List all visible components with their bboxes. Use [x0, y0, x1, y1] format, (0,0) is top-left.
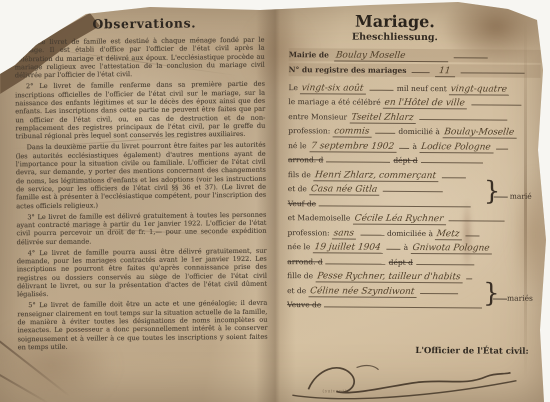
marriage-page: Mariage. Eheschliessung. Mairie de Boula…	[287, 9, 541, 315]
printed-label: domicilié à	[398, 127, 440, 136]
blank-line	[419, 111, 507, 121]
handwritten-entry: Céline née Szyndiwont	[309, 286, 418, 298]
blank-line	[412, 64, 430, 73]
brace-dash	[493, 299, 507, 300]
mairie-value: Boulay Moselle	[334, 50, 449, 62]
handwritten-entry: Henri Zhlarz, commerçant	[313, 170, 439, 182]
printed-label: dépt d	[393, 156, 417, 165]
form-line: profession:commisdomicilié àBoulay-Mosel…	[288, 125, 540, 139]
form-line: Veuve de	[287, 298, 539, 312]
printed-label: profession:	[287, 228, 329, 237]
form-line: arrond. ddépt d	[287, 255, 539, 269]
blank-line	[454, 49, 488, 58]
handwritten-entry: commis	[333, 127, 373, 138]
photo-of-family-booklet: { "photo": { "description_colors": { "pa…	[0, 0, 550, 402]
printed-label: dépt d	[389, 258, 413, 267]
mairie-line: Mairie de Boulay Moselle	[289, 48, 541, 63]
handwritten-entry: Gniwota Pologne	[410, 243, 492, 255]
handwritten-entry: Lodice Pologne	[419, 142, 494, 154]
blank-line	[326, 154, 390, 163]
blank-line	[375, 125, 395, 134]
observations-page: Observations. 1° Le livret de famille es…	[14, 15, 268, 355]
blank-line	[383, 183, 443, 192]
blank-line	[449, 213, 505, 222]
form-line: et deCasa née Gitla	[288, 183, 540, 197]
printed-label: le mariage a été célébré	[288, 98, 380, 108]
printed-label: arrond. d	[287, 257, 322, 266]
marriage-title: Mariage.	[289, 11, 501, 31]
printed-label: née le	[287, 242, 310, 251]
blank-line	[416, 256, 474, 265]
form-line: Veuf de	[288, 197, 540, 211]
printer-footnote: (suivent)	[322, 389, 347, 394]
blank-line	[370, 82, 394, 91]
printed-label: né le	[288, 141, 307, 150]
printed-label: arrond. d	[288, 156, 323, 165]
blank-line	[471, 97, 521, 106]
observation-paragraph: 2° Le livret de famille renferme dans sa…	[15, 80, 266, 141]
printed-label: Veuf de	[288, 199, 316, 208]
brace-bride-parents: }	[483, 280, 500, 306]
handwritten-entry: vingt-six août	[300, 83, 367, 94]
handwritten-entry: Pesse Rychner, tailleur d'habits	[315, 272, 464, 284]
printed-label: à	[413, 142, 418, 151]
observations-paragraphs: 1° Le livret de famille est destiné à ch…	[14, 36, 267, 352]
blank-line	[461, 64, 525, 73]
blank-line	[360, 226, 384, 235]
handwritten-entry: 7 septembre 1902	[309, 141, 397, 153]
mairie-label: Mairie de	[289, 50, 329, 59]
form-line: fille dePesse Rychner, tailleur d'habits	[287, 269, 539, 283]
printed-label: profession:	[288, 127, 330, 136]
registre-value: 11	[435, 66, 456, 77]
booklet-paper: Observations. 1° Le livret de famille es…	[0, 0, 550, 402]
handwritten-entry: Boulay-Moselle	[442, 128, 517, 140]
blank-line	[421, 154, 483, 163]
blank-line	[326, 255, 386, 264]
marriage-subtitle: Eheschliessung.	[289, 31, 501, 43]
blank-line	[466, 271, 472, 280]
signature	[286, 353, 526, 402]
printed-label: et de	[288, 185, 307, 194]
blank-line	[387, 241, 401, 250]
blank-line	[400, 140, 410, 149]
printed-label: fille de	[287, 271, 313, 280]
printed-label: et Mademoiselle	[288, 213, 351, 222]
printed-label: entre Monsieur	[288, 112, 347, 121]
blank-line	[420, 285, 458, 294]
blank-line	[466, 227, 480, 236]
form-line: entre MonsieurTseitel Zhlarz	[288, 110, 540, 124]
brace-label-maries: mariés	[507, 294, 533, 303]
blank-line	[324, 299, 482, 309]
form-line: profession:sansdomiciliée àMetz	[287, 226, 539, 240]
form-line: fils deHenri Zhlarz, commerçant	[288, 168, 540, 182]
handwritten-entry: en l'Hôtel de ville	[383, 98, 469, 110]
handwritten-entry: 19 juillet 1904	[313, 243, 384, 254]
observation-paragraph: 4° Le livret de famille pourra aussi êtr…	[17, 246, 268, 299]
handwritten-entry: Metz	[435, 229, 463, 240]
printed-label: et de	[287, 286, 306, 295]
observation-paragraph: 5° Le livret de famille doit être un act…	[17, 299, 268, 352]
blank-line	[319, 197, 471, 207]
observation-paragraph: 1° Le livret de famille est destiné à ch…	[14, 36, 264, 80]
observation-paragraph: Dans la deuxième partie du livret pourro…	[16, 141, 267, 210]
printed-label: Veuve de	[287, 300, 321, 309]
printed-label: Le	[288, 83, 297, 92]
form-line: née le19 juillet 1904àGniwota Pologne	[287, 240, 539, 254]
crease-line	[0, 373, 50, 402]
observations-title: Observations.	[24, 15, 264, 33]
brace-dash	[494, 197, 508, 198]
brace-groom-parents: }	[484, 178, 501, 204]
blank-line	[497, 141, 509, 150]
printed-label: fils de	[288, 170, 311, 179]
printed-label: domiciliée à	[387, 229, 433, 238]
brace-label-marie: marié	[510, 192, 532, 201]
form-line: et deCéline née Szyndiwont	[287, 284, 539, 298]
form-line: le mariage a été célébréen l'Hôtel de vi…	[288, 96, 540, 110]
handwritten-entry: vingt-quatre	[449, 84, 511, 95]
form-line: et MademoiselleCécile Léa Rychner	[288, 211, 540, 225]
handwritten-entry: Casa née Gitla	[309, 185, 381, 196]
printed-label: mil neuf cent	[397, 84, 447, 93]
form-line: arrond. ddépt d	[288, 154, 540, 168]
registre-line: N° du registre des mariages 11	[289, 63, 541, 78]
handwritten-entry: Tseitel Zhlarz	[350, 113, 417, 124]
handwritten-entry: sans	[332, 228, 358, 239]
form-line: Levingt-six aoûtmil neuf centvingt-quatr…	[288, 81, 540, 95]
observation-paragraph: 3° Le livret de famille est délivré grat…	[16, 210, 266, 246]
form-line: né le7 septembre 1902àLodice Pologne	[288, 139, 540, 153]
handwritten-entry: Cécile Léa Rychner	[353, 214, 447, 226]
registre-label: N° du registre des mariages	[289, 65, 407, 75]
printed-label: à	[404, 243, 409, 252]
blank-line	[442, 169, 466, 178]
